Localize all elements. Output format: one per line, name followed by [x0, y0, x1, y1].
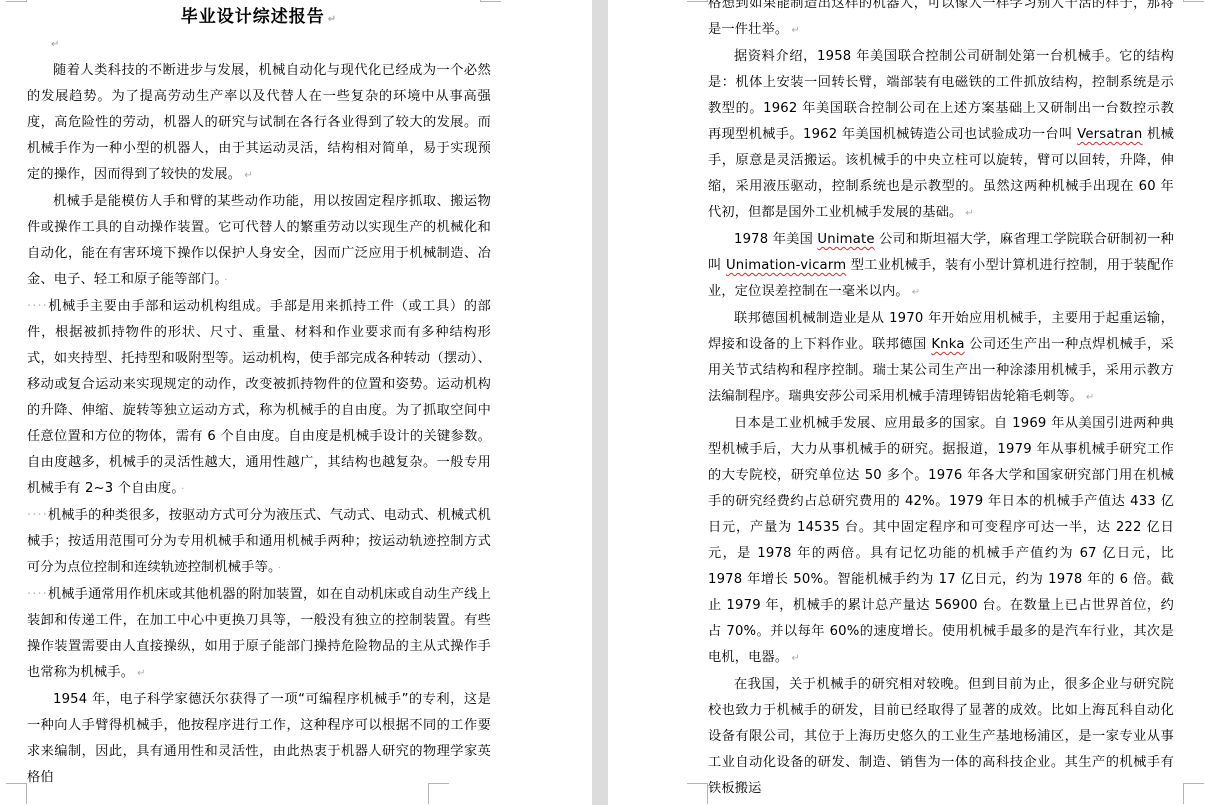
- paragraph-mark-icon: ↵: [791, 653, 800, 664]
- paragraph: ····机械手主要由手部和运动机构组成。手部是用来抓持工件（或工具）的部件，根据…: [27, 294, 491, 503]
- paragraph-text: 机械手的种类很多，按驱动方式可分为液压式、气动式、电动式、机械式机械手；按适用范…: [27, 508, 491, 575]
- paragraph-mark-icon: ↵: [791, 25, 800, 36]
- margin-corner-bottom-left: [6, 783, 27, 804]
- paragraph-text: 在我国，关于机械手的研究相对较晚。但到目前为止，很多企业与研究院校也致力于机械手…: [708, 677, 1174, 796]
- document-page-left: 毕业设计综述报告↵ ↵ 随着人类科技的不断进步与发展，机械自动化与现代化已经成为…: [0, 0, 592, 805]
- paragraph-mark-icon: ↵: [912, 287, 921, 298]
- paragraph: 机械手是能模仿人手和臂的某些动作功能，用以按固定程序抓取、搬运物件或操作工具的自…: [27, 189, 491, 294]
- paragraph: 1978 年美国 Unimate 公司和斯坦福大学，麻省理工学院联合研制初一种叫…: [708, 227, 1174, 306]
- right-text-column[interactable]: 格想到如果能制造出这样的机器人，可以像人一样学习别人干活的样子，那将是一件壮举。…: [708, 0, 1174, 802]
- paragraph-text: 机械手主要由手部和运动机构组成。手部是用来抓持工件（或工具）的部件，根据被抓持物…: [27, 299, 491, 496]
- paragraph-text: 机械手通常用作机床或其他机器的附加装置，如在自动机床或自动生产线上装卸和传递工件…: [27, 587, 491, 680]
- paragraph-text: 1954 年，电子科学家德沃尔获得了一项“可编程序机械手”的专利，这是一种向人手…: [27, 692, 491, 785]
- spellcheck-flagged-word[interactable]: Unimate: [817, 232, 874, 247]
- margin-corner-top-left: [687, 0, 708, 2]
- margin-corner-bottom-right: [1183, 783, 1204, 804]
- paragraph: 格想到如果能制造出这样的机器人，可以像人一样学习别人干活的样子，那将是一件壮举。…: [708, 0, 1174, 44]
- spellcheck-flagged-word[interactable]: Versatran: [1077, 127, 1142, 142]
- paragraph-mark-icon: ↵: [51, 39, 59, 50]
- paragraph: 联邦德国机械制造业是从 1970 年开始应用机械手，主要用于起重运输，焊接和设备…: [708, 306, 1174, 411]
- margin-corner-top-right: [1183, 0, 1204, 2]
- title-text: 毕业设计综述报告: [181, 7, 325, 27]
- paragraph: ····机械手的种类很多，按驱动方式可分为液压式、气动式、电动式、机械式机械手；…: [27, 503, 491, 582]
- paragraph-text: 格想到如果能制造出这样的机器人，可以像人一样学习别人干活的样子，那将是一件壮举。: [708, 0, 1174, 37]
- leading-space-dots: ····: [27, 508, 48, 523]
- paragraph: ····机械手通常用作机床或其他机器的附加装置，如在自动机床或自动生产线上装卸和…: [27, 582, 491, 687]
- margin-corner-bottom-left: [687, 783, 708, 804]
- paragraph-mark-icon: ↵: [1086, 392, 1095, 403]
- paragraph-mark-icon: ↵: [137, 668, 146, 679]
- paragraph-text: 日本是工业机械手发展、应用最多的国家。自 1969 年从美国引进两种典型机械手后…: [708, 416, 1174, 665]
- spellcheck-flagged-word[interactable]: Unimation-vicarm: [726, 258, 846, 273]
- paragraph-mark-icon: ↵: [328, 14, 337, 25]
- paragraph-mark-icon: ·: [278, 563, 281, 574]
- paragraph-mark-icon: ↵: [244, 170, 253, 181]
- paragraph-mark-icon: ·: [181, 484, 184, 495]
- paragraph: 1954 年，电子科学家德沃尔获得了一项“可编程序机械手”的专利，这是一种向人手…: [27, 687, 491, 791]
- paragraph-mark-icon: ↵: [965, 208, 974, 219]
- paragraph-text: 1978 年美国: [734, 232, 817, 247]
- leading-space-dots: ····: [27, 299, 48, 314]
- paragraph-mark-icon: ·: [224, 275, 227, 286]
- spellcheck-flagged-word[interactable]: Knka: [931, 337, 964, 352]
- paragraph: 在我国，关于机械手的研究相对较晚。但到目前为止，很多企业与研究院校也致力于机械手…: [708, 672, 1174, 802]
- paragraph: 据资料介绍，1958 年美国联合控制公司研制处第一台机械手。它的结构是：机体上安…: [708, 44, 1174, 227]
- page-gutter: [592, 0, 608, 805]
- empty-paragraph: ↵: [27, 32, 491, 58]
- paragraph: 随着人类科技的不断进步与发展，机械自动化与现代化已经成为一个必然的发展趋势。为了…: [27, 58, 491, 189]
- left-text-column[interactable]: 毕业设计综述报告↵ ↵ 随着人类科技的不断进步与发展，机械自动化与现代化已经成为…: [27, 0, 491, 791]
- margin-corner-top-left: [6, 0, 27, 2]
- paragraph: 日本是工业机械手发展、应用最多的国家。自 1969 年从美国引进两种典型机械手后…: [708, 411, 1174, 672]
- paragraph-text: 机械手是能模仿人手和臂的某些动作功能，用以按固定程序抓取、搬运物件或操作工具的自…: [27, 194, 491, 287]
- leading-space-dots: ····: [27, 587, 48, 602]
- document-title: 毕业设计综述报告↵: [27, 7, 491, 27]
- paragraph-text: 随着人类科技的不断进步与发展，机械自动化与现代化已经成为一个必然的发展趋势。为了…: [27, 63, 491, 182]
- document-page-right: 格想到如果能制造出这样的机器人，可以像人一样学习别人干活的样子，那将是一件壮举。…: [608, 0, 1205, 805]
